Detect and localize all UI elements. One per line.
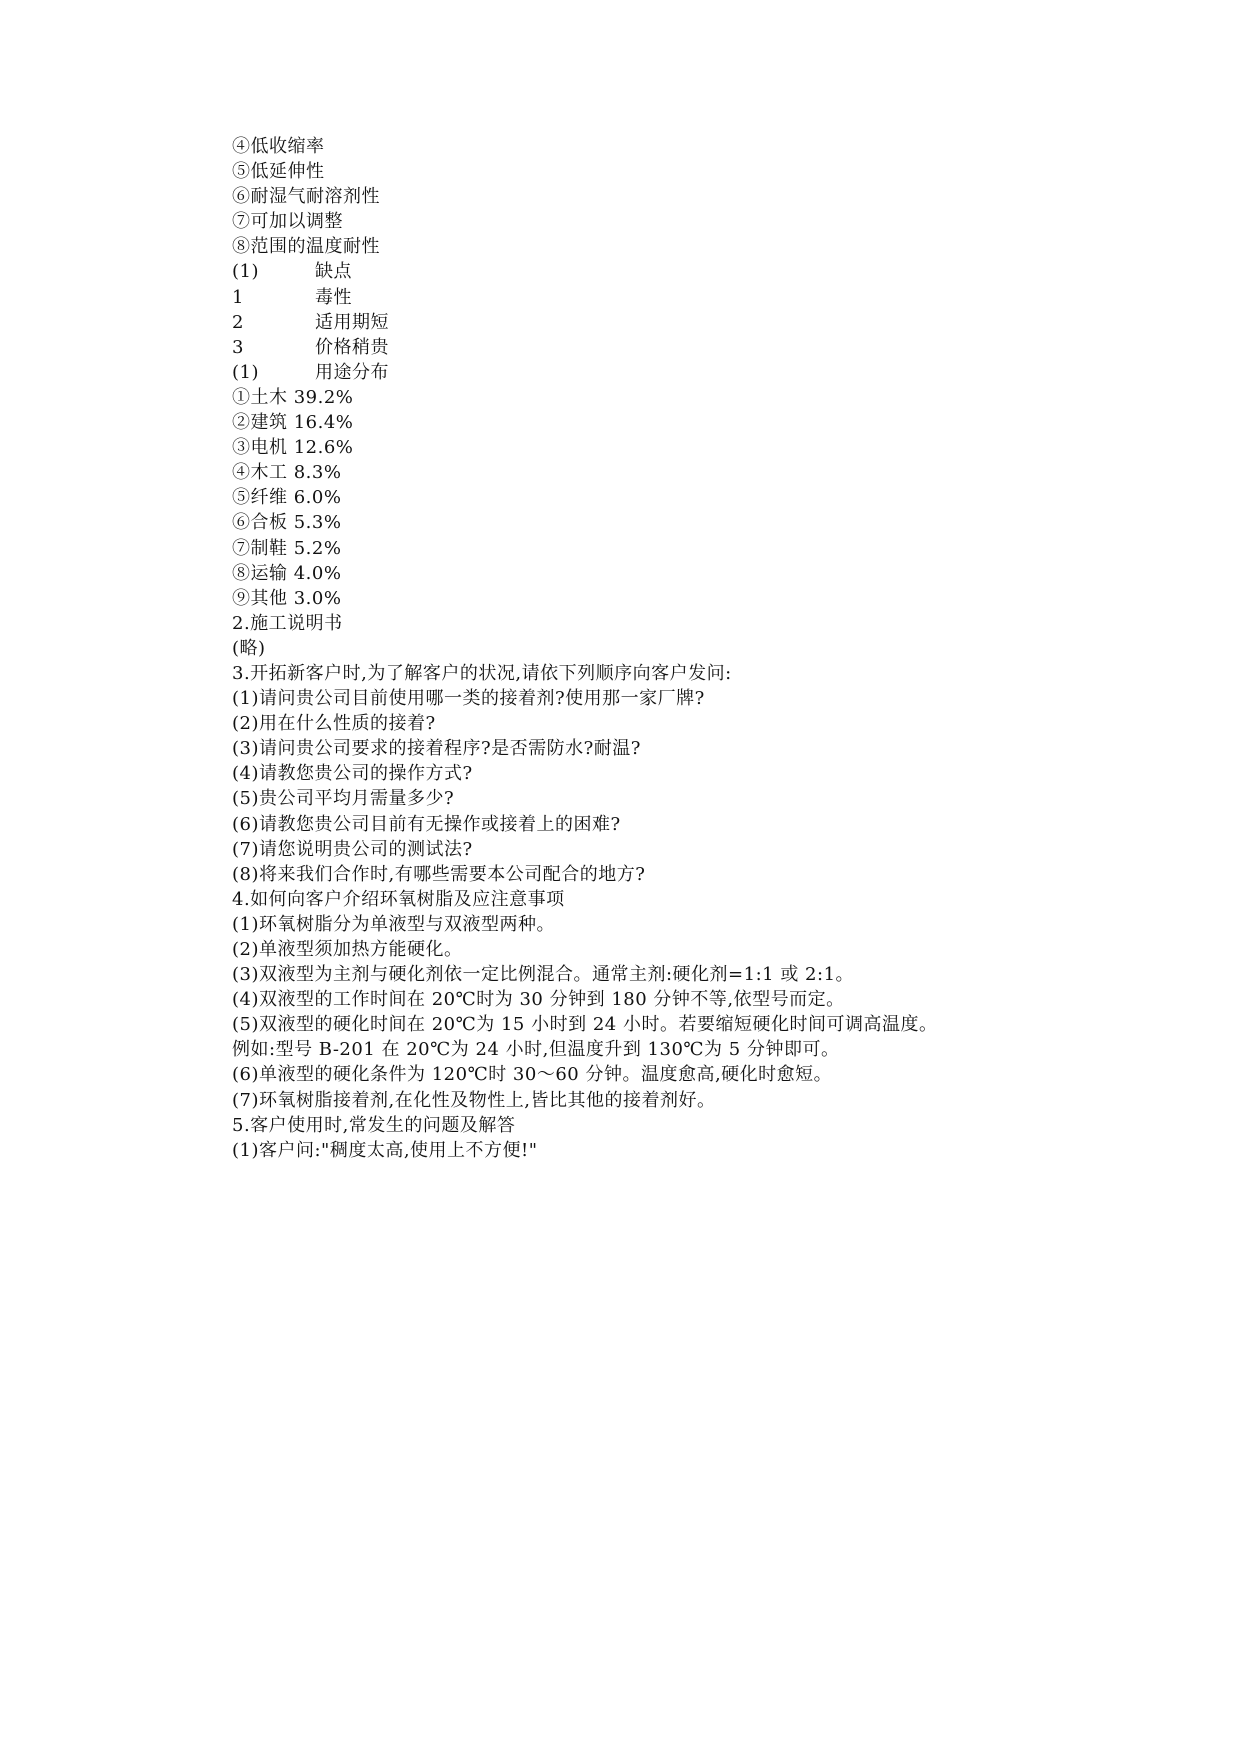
heading-number: (1)	[232, 360, 315, 385]
usage-item: ②建筑 16.4%	[232, 410, 1132, 435]
item-number: 3	[232, 335, 315, 360]
advantage-item: ④低收缩率	[232, 134, 1132, 159]
item-text: 毒性	[315, 285, 352, 310]
item-text: 适用期短	[315, 310, 389, 335]
heading-text: 缺点	[315, 259, 352, 284]
usage-item: ⑨其他 3.0%	[232, 586, 1132, 611]
usage-item: ⑤纤维 6.0%	[232, 485, 1132, 510]
item-number: 1	[232, 285, 315, 310]
note-item: (7)环氧树脂接着剂,在化性及物性上,皆比其他的接着剂好。	[232, 1088, 1132, 1113]
usage-item: ①土木 39.2%	[232, 385, 1132, 410]
note-item: (1)环氧树脂分为单液型与双液型两种。	[232, 912, 1132, 937]
usage-item: ④木工 8.3%	[232, 460, 1132, 485]
advantage-item: ⑦可加以调整	[232, 209, 1132, 234]
section-heading: 2.施工说明书	[232, 611, 1132, 636]
heading-text: 用途分布	[315, 360, 389, 385]
note-item: (4)双液型的工作时间在 20℃时为 30 分钟到 180 分钟不等,依型号而定…	[232, 987, 1132, 1012]
question-item: (6)请教您贵公司目前有无操作或接着上的困难?	[232, 812, 1132, 837]
disadvantage-item: 1 毒性	[232, 285, 1132, 310]
usage-item: ⑧运输 4.0%	[232, 561, 1132, 586]
usage-item: ⑦制鞋 5.2%	[232, 536, 1132, 561]
usage-item: ③电机 12.6%	[232, 435, 1132, 460]
disadvantages-heading: (1) 缺点	[232, 259, 1132, 284]
section-body: (略)	[232, 636, 1132, 661]
usage-item: ⑥合板 5.3%	[232, 510, 1132, 535]
note-item: (5)双液型的硬化时间在 20℃为 15 小时到 24 小时。若要缩短硬化时间可…	[232, 1012, 1132, 1037]
question-item: (7)请您说明贵公司的测试法?	[232, 837, 1132, 862]
document-page: ④低收缩率 ⑤低延伸性 ⑥耐湿气耐溶剂性 ⑦可加以调整 ⑧范围的温度耐性 (1)…	[232, 134, 1132, 1163]
question-item: (8)将来我们合作时,有哪些需要本公司配合的地方?	[232, 862, 1132, 887]
question-item: (2)用在什么性质的接着?	[232, 711, 1132, 736]
item-text: 价格稍贵	[315, 335, 389, 360]
section-heading: 3.开拓新客户时,为了解客户的状况,请依下列顺序向客户发问:	[232, 661, 1132, 686]
question-item: (3)请问贵公司要求的接着程序?是否需防水?耐温?	[232, 736, 1132, 761]
disadvantage-item: 3 价格稍贵	[232, 335, 1132, 360]
note-item: (2)单液型须加热方能硬化。	[232, 937, 1132, 962]
disadvantage-item: 2 适用期短	[232, 310, 1132, 335]
section-heading: 4.如何向客户介绍环氧树脂及应注意事项	[232, 887, 1132, 912]
question-item: (1)请问贵公司目前使用哪一类的接着剂?使用那一家厂牌?	[232, 686, 1132, 711]
item-number: 2	[232, 310, 315, 335]
advantage-item: ⑥耐湿气耐溶剂性	[232, 184, 1132, 209]
heading-number: (1)	[232, 259, 315, 284]
section-heading: 5.客户使用时,常发生的问题及解答	[232, 1113, 1132, 1138]
usage-heading: (1) 用途分布	[232, 360, 1132, 385]
faq-item: (1)客户问:"稠度太高,使用上不方便!"	[232, 1138, 1132, 1163]
question-item: (4)请教您贵公司的操作方式?	[232, 761, 1132, 786]
question-item: (5)贵公司平均月需量多少?	[232, 786, 1132, 811]
advantage-item: ⑤低延伸性	[232, 159, 1132, 184]
note-item: (6)单液型的硬化条件为 120℃时 30～60 分钟。温度愈高,硬化时愈短。	[232, 1062, 1132, 1087]
note-item: (3)双液型为主剂与硬化剂依一定比例混合。通常主剂:硬化剂=1:1 或 2:1。	[232, 962, 1132, 987]
note-item: 例如:型号 B-201 在 20℃为 24 小时,但温度升到 130℃为 5 分…	[232, 1037, 1132, 1062]
advantage-item: ⑧范围的温度耐性	[232, 234, 1132, 259]
